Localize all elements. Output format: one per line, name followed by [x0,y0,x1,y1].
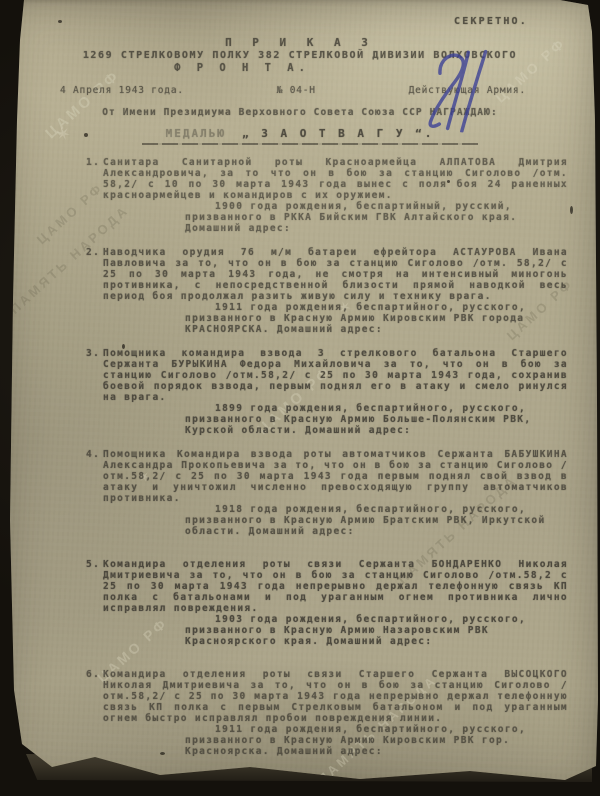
item-citation: Наводчика орудия 76 м/м батареи ефрейтор… [103,247,568,302]
item-biography: 1899 года рождения, беспартийного, русск… [185,403,568,436]
item-biography: 1903 года рождения, беспартийного, русск… [185,614,568,647]
award-list: 1. Санитара Санитарной роты Красноармейц… [0,157,600,757]
award-item: 2. Наводчика орудия 76 м/м батареи ефрей… [86,247,568,335]
item-number: 3. [86,348,103,436]
order-location: Действующая Армия. [409,85,526,96]
award-item: 1. Санитара Санитарной роты Красноармейц… [86,157,568,234]
item-citation: Санитара Санитарной роты Красноармейца А… [103,157,568,201]
order-date: 4 Апреля 1943 года. [60,85,184,96]
item-number: 1. [86,157,103,234]
classification-stamp: СЕКРЕТНО. [0,16,528,27]
item-citation: Помощника Командира взвода роты автоматч… [103,449,568,504]
item-biography: 1900 года рождения, беспартийный, русски… [185,201,568,234]
item-biography: 1911 года рождения, беспартийного, русск… [185,302,568,335]
item-number: 5. [86,559,103,647]
item-biography: 1911 года рождения, беспартийного, русск… [185,724,568,757]
item-biography: 1918 года рождения, беспартийного, русск… [185,504,568,537]
item-number: 2. [86,247,103,335]
item-citation: Командира отделения роты связи Старшего … [103,669,568,724]
item-citation: Командира отделения роты связи Сержанта … [103,559,568,614]
award-item: 4. Помощника Командира взвода роты автом… [86,449,568,537]
item-number: 6. [86,669,103,757]
award-item: 6. Командира отделения роты связи Старше… [86,669,568,757]
scan-background: ЦАМО РФ ЦАМО РФ ПАМЯТЬ НАРОДА ЦАМО РФ ЦА… [0,0,600,796]
medal-name: „ З А О Т В А Г У “. [242,127,434,140]
order-number: № 04-Н [277,85,316,96]
order-title-front: Ф Р О Н Т А. [0,62,542,74]
medal-label: МЕДАЛЬЮ [166,127,226,140]
award-preamble: От Имени Президиума Верховного Совета Со… [0,107,600,118]
item-citation: Помощника командира взвода 3 стрелкового… [103,348,568,403]
item-number: 4. [86,449,103,537]
award-item: 5. Командира отделения роты связи Сержан… [86,559,568,647]
award-item: 3. Помощника командира взвода 3 стрелков… [86,348,568,436]
order-title: П Р И К А З [0,36,600,49]
order-recipient-line: 1269 СТРЕЛКОВОМУ ПОЛКУ 382 СТРЕЛКОВОЙ ДИ… [0,50,600,61]
document-page: ЦАМО РФ ЦАМО РФ ПАМЯТЬ НАРОДА ЦАМО РФ ЦА… [0,0,600,796]
medal-underline [142,143,478,145]
